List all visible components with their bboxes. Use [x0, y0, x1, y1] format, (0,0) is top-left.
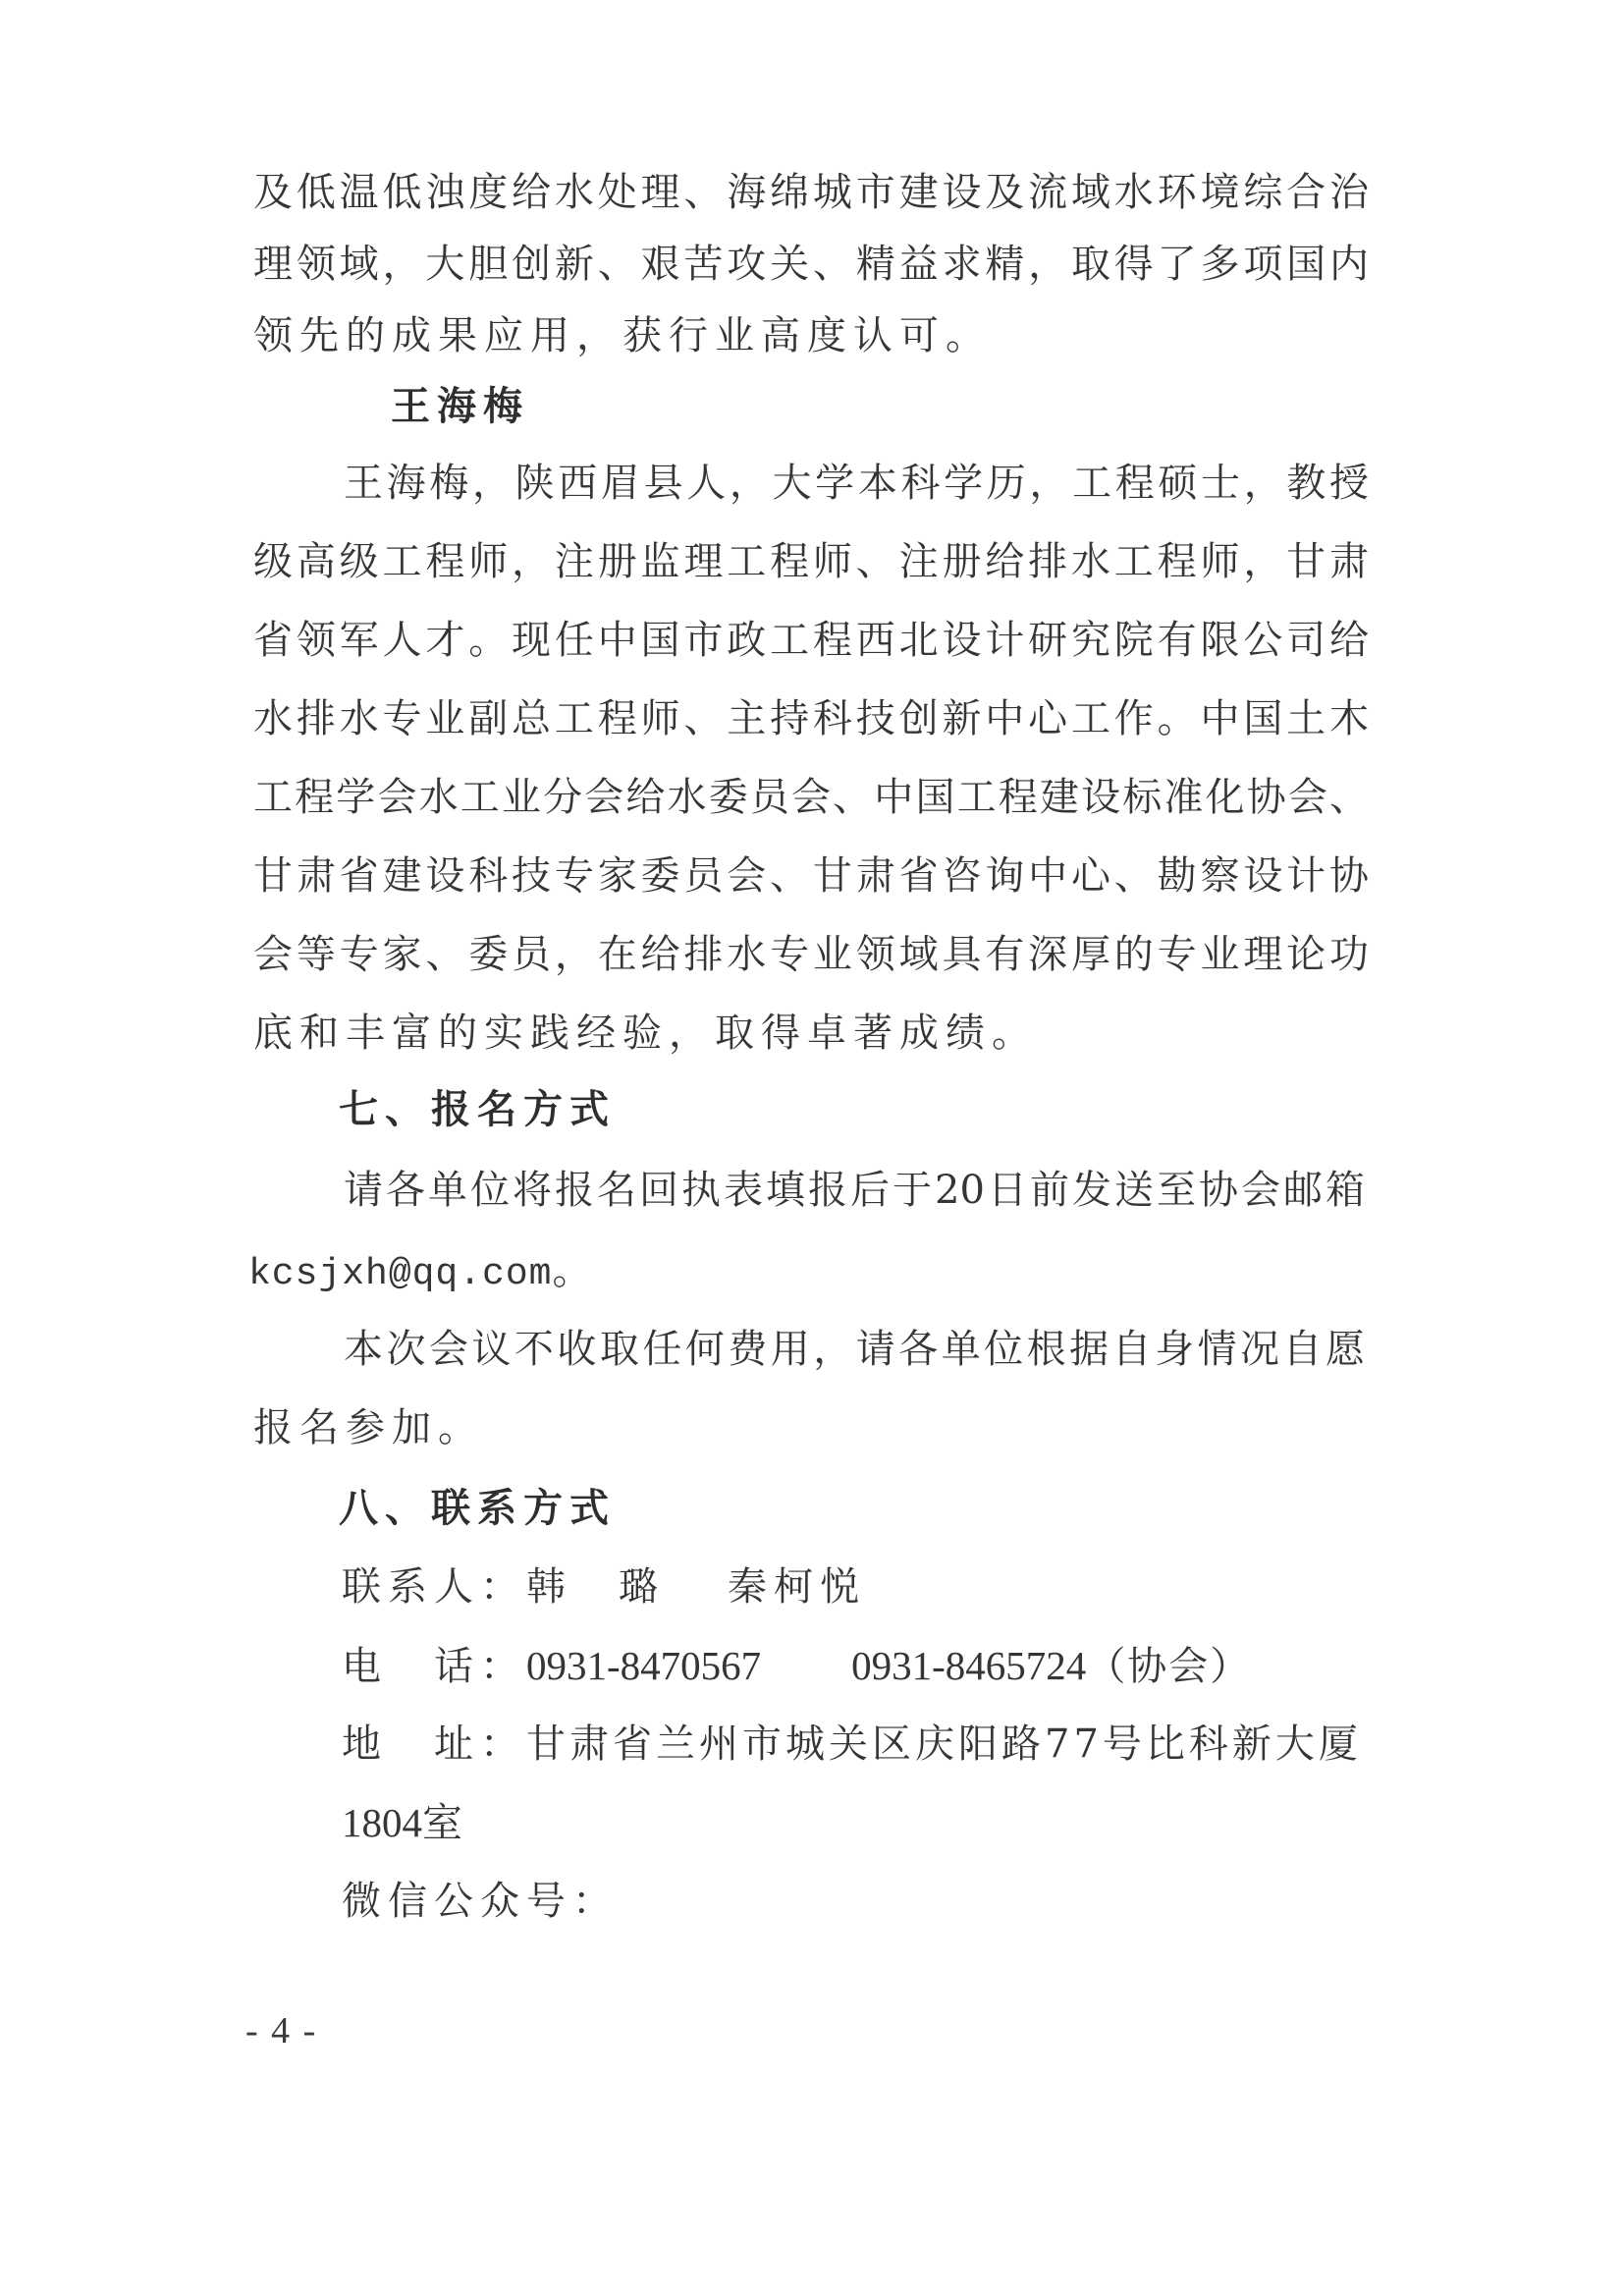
paragraph-line: 领先的成果应用，获行业高度认可。	[253, 314, 992, 357]
expert-name-heading: 王海梅	[391, 385, 529, 428]
bio-line: 工程学会水工业分会给水委员会、中国工程建设标准化协会、	[253, 776, 1369, 819]
bio-line: 省领军人才。现任中国市政工程西北设计研究院有限公司给	[253, 619, 1369, 662]
registration-instruction: 请各单位将报名回执表填报后于20日前发送至协会邮箱	[344, 1169, 1365, 1212]
bio-line: 甘肃省建设科技专家委员会、甘肃省咨询中心、勘察设计协	[253, 854, 1369, 898]
bio-line: 底和丰富的实践经验，取得卓著成绩。	[253, 1011, 1038, 1055]
paragraph-line: 及低温低浊度给水处理、海绵城市建设及流域水环境综合治	[253, 171, 1369, 214]
wechat-label: 微信公众号：	[342, 1880, 619, 1923]
bio-line: 级高级工程师，注册监理工程师、注册给排水工程师，甘肃	[253, 540, 1369, 583]
fee-notice-line: 报名参加。	[253, 1406, 484, 1449]
phone-2-note: （协会）	[1086, 1644, 1251, 1689]
bio-line: 会等专家、委员，在给排水专业领域具有深厚的专业理论功	[253, 933, 1369, 976]
address-label: 地 址：	[342, 1722, 526, 1767]
email-line: kcsjxh@qq.com。	[248, 1249, 591, 1292]
contact-person-2: 秦柯悦	[728, 1564, 866, 1610]
bio-line: 水排水专业副总工程师、主持科技创新中心工作。中国土木	[253, 697, 1369, 740]
address-row: 地 址：甘肃省兰州市城关区庆阳路77号比科新大厦	[342, 1722, 1362, 1766]
address-value: 甘肃省兰州市城关区庆阳路77号比科新大厦	[526, 1722, 1362, 1767]
page-number: - 4 -	[245, 2009, 317, 2052]
phone-label: 电 话：	[342, 1644, 526, 1689]
email-period: 。	[552, 1248, 591, 1293]
contact-person-1: 韩 璐	[526, 1564, 665, 1610]
document-page: 及低温低浊度给水处理、海绵城市建设及流域水环境综合治 理领域，大胆创新、艰苦攻关…	[0, 0, 1623, 2296]
section-heading-registration: 七、报名方式	[339, 1088, 616, 1131]
contact-persons-row: 联系人：韩 璐秦柯悦	[342, 1565, 866, 1609]
phone-number-1[interactable]: 0931-8470567	[526, 1643, 761, 1688]
contact-label: 联系人：	[342, 1564, 526, 1610]
email-link[interactable]: kcsjxh@qq.com	[248, 1253, 552, 1295]
phone-number-2[interactable]: 0931-8465724	[851, 1643, 1086, 1688]
address-continuation: 1804室	[342, 1801, 462, 1844]
fee-notice-line: 本次会议不收取任何费用，请各单位根据自身情况自愿	[344, 1328, 1365, 1371]
phone-row: 电 话：0931-84705670931-8465724（协会）	[342, 1644, 1251, 1687]
section-heading-contact: 八、联系方式	[339, 1487, 616, 1530]
bio-line: 王海梅，陕西眉县人，大学本科学历，工程硕士，教授	[344, 462, 1369, 505]
paragraph-line: 理领域，大胆创新、艰苦攻关、精益求精，取得了多项国内	[253, 243, 1369, 286]
